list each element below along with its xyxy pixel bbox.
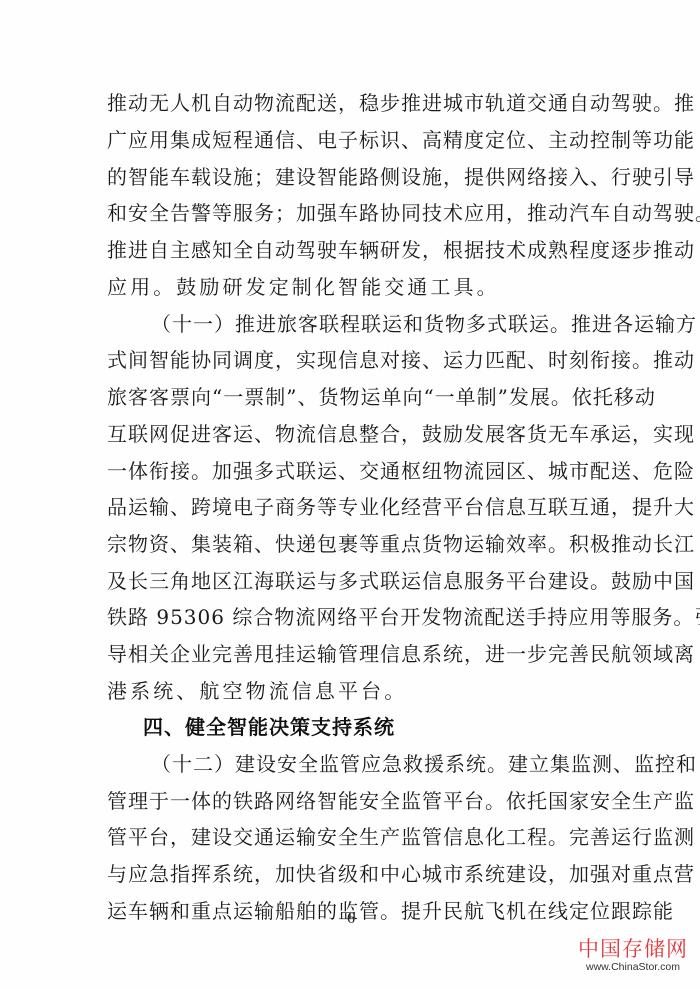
paragraph-line: 导相关企业完善甩挂运输管理信息系统，进一步完善民航领域离 (107, 639, 593, 669)
paragraph-line: 旅客客票向“一票制”、货物运单向“一单制”发展。依托移动 (107, 382, 593, 412)
watermark-url: www.ChinaStor.com (573, 961, 693, 974)
paragraph-11-first-line: （十一）推进旅客联程联运和货物多式联运。推进各运输方 (151, 309, 593, 339)
document-page: 推动无人机自动物流配送，稳步推进城市轨道交通自动驾驶。推 广应用集成短程通信、电… (0, 0, 700, 989)
paragraph-line: 互联网促进客运、物流信息整合，鼓励发展客货无车承运，实现 (107, 419, 593, 449)
paragraph-line: 的智能车载设施；建设智能路侧设施，提供网络接入、行驶引导 (107, 162, 593, 192)
watermark-title: 中国存储网 (573, 937, 693, 961)
paragraph-12-lead-rest: 建立集监测、监控和 (508, 752, 697, 776)
paragraph-line: 式间智能协同调度，实现信息对接、运力匹配、时刻衔接。推动 (107, 345, 593, 375)
paragraph-11-lead: （十一）推进旅客联程联运和货物多式联运。 (151, 312, 571, 336)
paragraph-line: 应用。鼓励研发定制化智能交通工具。 (107, 272, 593, 302)
paragraph-line: 推进自主感知全自动驾驶车辆研发，根据技术成熟程度逐步推动 (107, 235, 593, 265)
paragraph-line: 品运输、跨境电子商务等专业化经营平台信息互联互通，提升大 (107, 492, 593, 522)
section-heading: 四、健全智能决策支持系统 (143, 712, 395, 742)
paragraph-line: 一体衔接。加强多式联运、交通枢纽物流园区、城市配送、危险 (107, 456, 593, 486)
paragraph-line: 铁路 95306 综合物流网络平台开发物流配送手持应用等服务。引 (107, 602, 593, 632)
paragraph-line: 广应用集成短程通信、电子标识、高精度定位、主动控制等功能 (107, 125, 593, 155)
paragraph-12-lead: （十二）建设安全监管应急救援系统。 (151, 752, 508, 776)
paragraph-11-lead-rest: 推进各运输方 (571, 312, 697, 336)
paragraph-line: 推动无人机自动物流配送，稳步推进城市轨道交通自动驾驶。推 (107, 88, 593, 118)
paragraph-line: 港系统、航空物流信息平台。 (107, 676, 593, 706)
watermark-logo: 中国存储网 www.ChinaStor.com (573, 937, 693, 974)
page-number: 6 (343, 910, 359, 928)
paragraph-line: 及长三角地区江海联运与多式联运信息服务平台建设。鼓励中国 (107, 566, 593, 596)
paragraph-line: 管理于一体的铁路网络智能安全监管平台。依托国家安全生产监 (107, 786, 593, 816)
paragraph-line: 与应急指挥系统，加快省级和中心城市系统建设，加强对重点营 (107, 859, 593, 889)
paragraph-line: 宗物资、集装箱、快递包裹等重点货物运输效率。积极推动长江 (107, 529, 593, 559)
paragraph-line: 和安全告警等服务；加强车路协同技术应用，推动汽车自动驾驶。 (107, 198, 593, 228)
paragraph-line: 管平台，建设交通运输安全生产监管信息化工程。完善运行监测 (107, 822, 593, 852)
paragraph-12-first-line: （十二）建设安全监管应急救援系统。建立集监测、监控和 (151, 749, 593, 779)
